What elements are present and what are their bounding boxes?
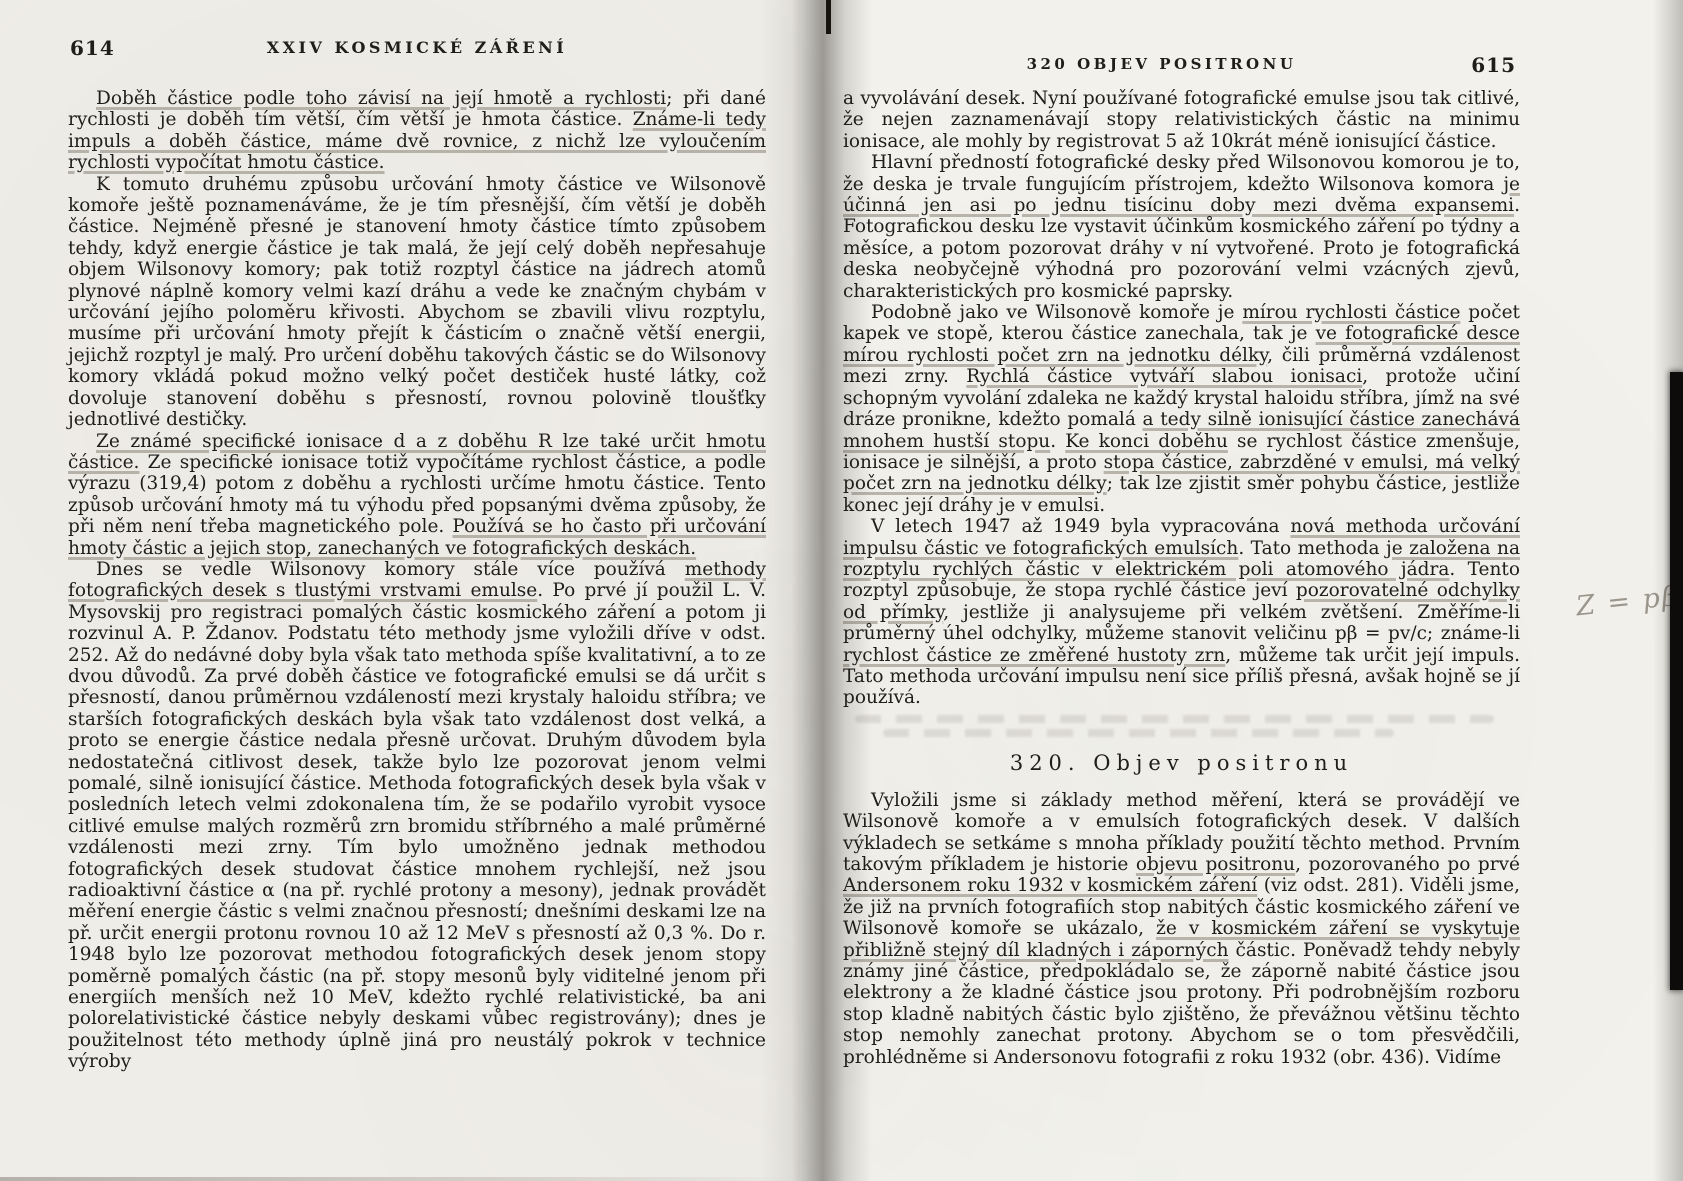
left-page-body: Doběh částice podle toho závisí na její … bbox=[68, 88, 766, 1073]
pencil-underline: Andersonem roku 1932 v kosmickém záření bbox=[843, 875, 1257, 896]
paragraph: Hlavní předností fotografické desky před… bbox=[843, 152, 1520, 302]
bottom-scan-edge bbox=[0, 1177, 810, 1181]
page-gutter bbox=[760, 0, 872, 1181]
pencil-underline: Ze známé specifické ionisace d a z doběh… bbox=[68, 431, 766, 473]
ink-bleedthrough bbox=[847, 715, 1514, 745]
right-body-section: Vyložili jsme si základy method měření, … bbox=[843, 790, 1520, 1068]
pencil-underline: mírou rychlosti částice bbox=[1242, 302, 1460, 323]
book-scan: 614 XXIV KOSMICKÉ ZÁŘENÍ Doběh částice p… bbox=[0, 0, 1683, 1181]
gutter-binding-mark bbox=[826, 0, 831, 34]
right-page-body: a vyvolávání desek. Nyní používané fotog… bbox=[843, 88, 1520, 1068]
left-page-header: 614 XXIV KOSMICKÉ ZÁŘENÍ bbox=[68, 36, 766, 66]
pencil-underline: ve fotografické desce mírou rychlosti po… bbox=[843, 323, 1520, 365]
pencil-underline: Ke konci doběhu bbox=[1065, 431, 1228, 452]
pencil-underline: že v kosmickém záření se vyskytuje přibl… bbox=[843, 918, 1520, 960]
pencil-underline: Známe-li tedy impuls a doběh částice, má… bbox=[68, 109, 766, 173]
book-edge-shadow bbox=[1670, 372, 1683, 990]
right-running-head: 320 OBJEV POSITRONU bbox=[843, 55, 1520, 73]
pencil-underline: je účinná jen asi po jednu tisícinu doby… bbox=[843, 174, 1520, 216]
right-page-header: 320 OBJEV POSITRONU 615 bbox=[843, 50, 1520, 80]
pencil-underline: Rychlá částice vytváří slabou ionisaci bbox=[966, 366, 1362, 387]
paragraph: Dnes se vedle Wilsonovy komory stále víc… bbox=[68, 559, 766, 1073]
paragraph: Vyložili jsme si základy method měření, … bbox=[843, 790, 1520, 1068]
paragraph: Doběh částice podle toho závisí na její … bbox=[68, 88, 766, 174]
pencil-underline: rychlost částice ze změřené hustoty zrn bbox=[843, 645, 1225, 666]
pencil-underline: objevu positronu bbox=[1136, 854, 1295, 875]
paragraph: V letech 1947 až 1949 byla vypracována n… bbox=[843, 516, 1520, 709]
paragraph: Ze známé specifické ionisace d a z doběh… bbox=[68, 431, 766, 559]
right-page-number: 615 bbox=[1471, 53, 1516, 77]
pencil-underline: Používá se ho často při určování hmoty č… bbox=[68, 516, 766, 558]
pencil-underline: stopa částice, zabrzděné v emulsi, má ve… bbox=[843, 452, 1520, 494]
pencil-underline: pozorovatelné odchylky od přímky bbox=[843, 580, 1520, 622]
left-running-head: XXIV KOSMICKÉ ZÁŘENÍ bbox=[68, 38, 766, 57]
paragraph: Podobně jako ve Wilsonově komoře je míro… bbox=[843, 302, 1520, 516]
section-heading: 320. Objev positronu bbox=[843, 751, 1520, 775]
pencil-underline: methody fotografických desek s tlustými … bbox=[68, 559, 766, 601]
paragraph: a vyvolávání desek. Nyní používané fotog… bbox=[843, 88, 1520, 152]
pencil-underline: Doběh částice podle toho závisí na její … bbox=[96, 88, 666, 109]
right-body-top: a vyvolávání desek. Nyní používané fotog… bbox=[843, 88, 1520, 709]
paragraph: K tomuto druhému způsobu určování hmoty … bbox=[68, 174, 766, 431]
